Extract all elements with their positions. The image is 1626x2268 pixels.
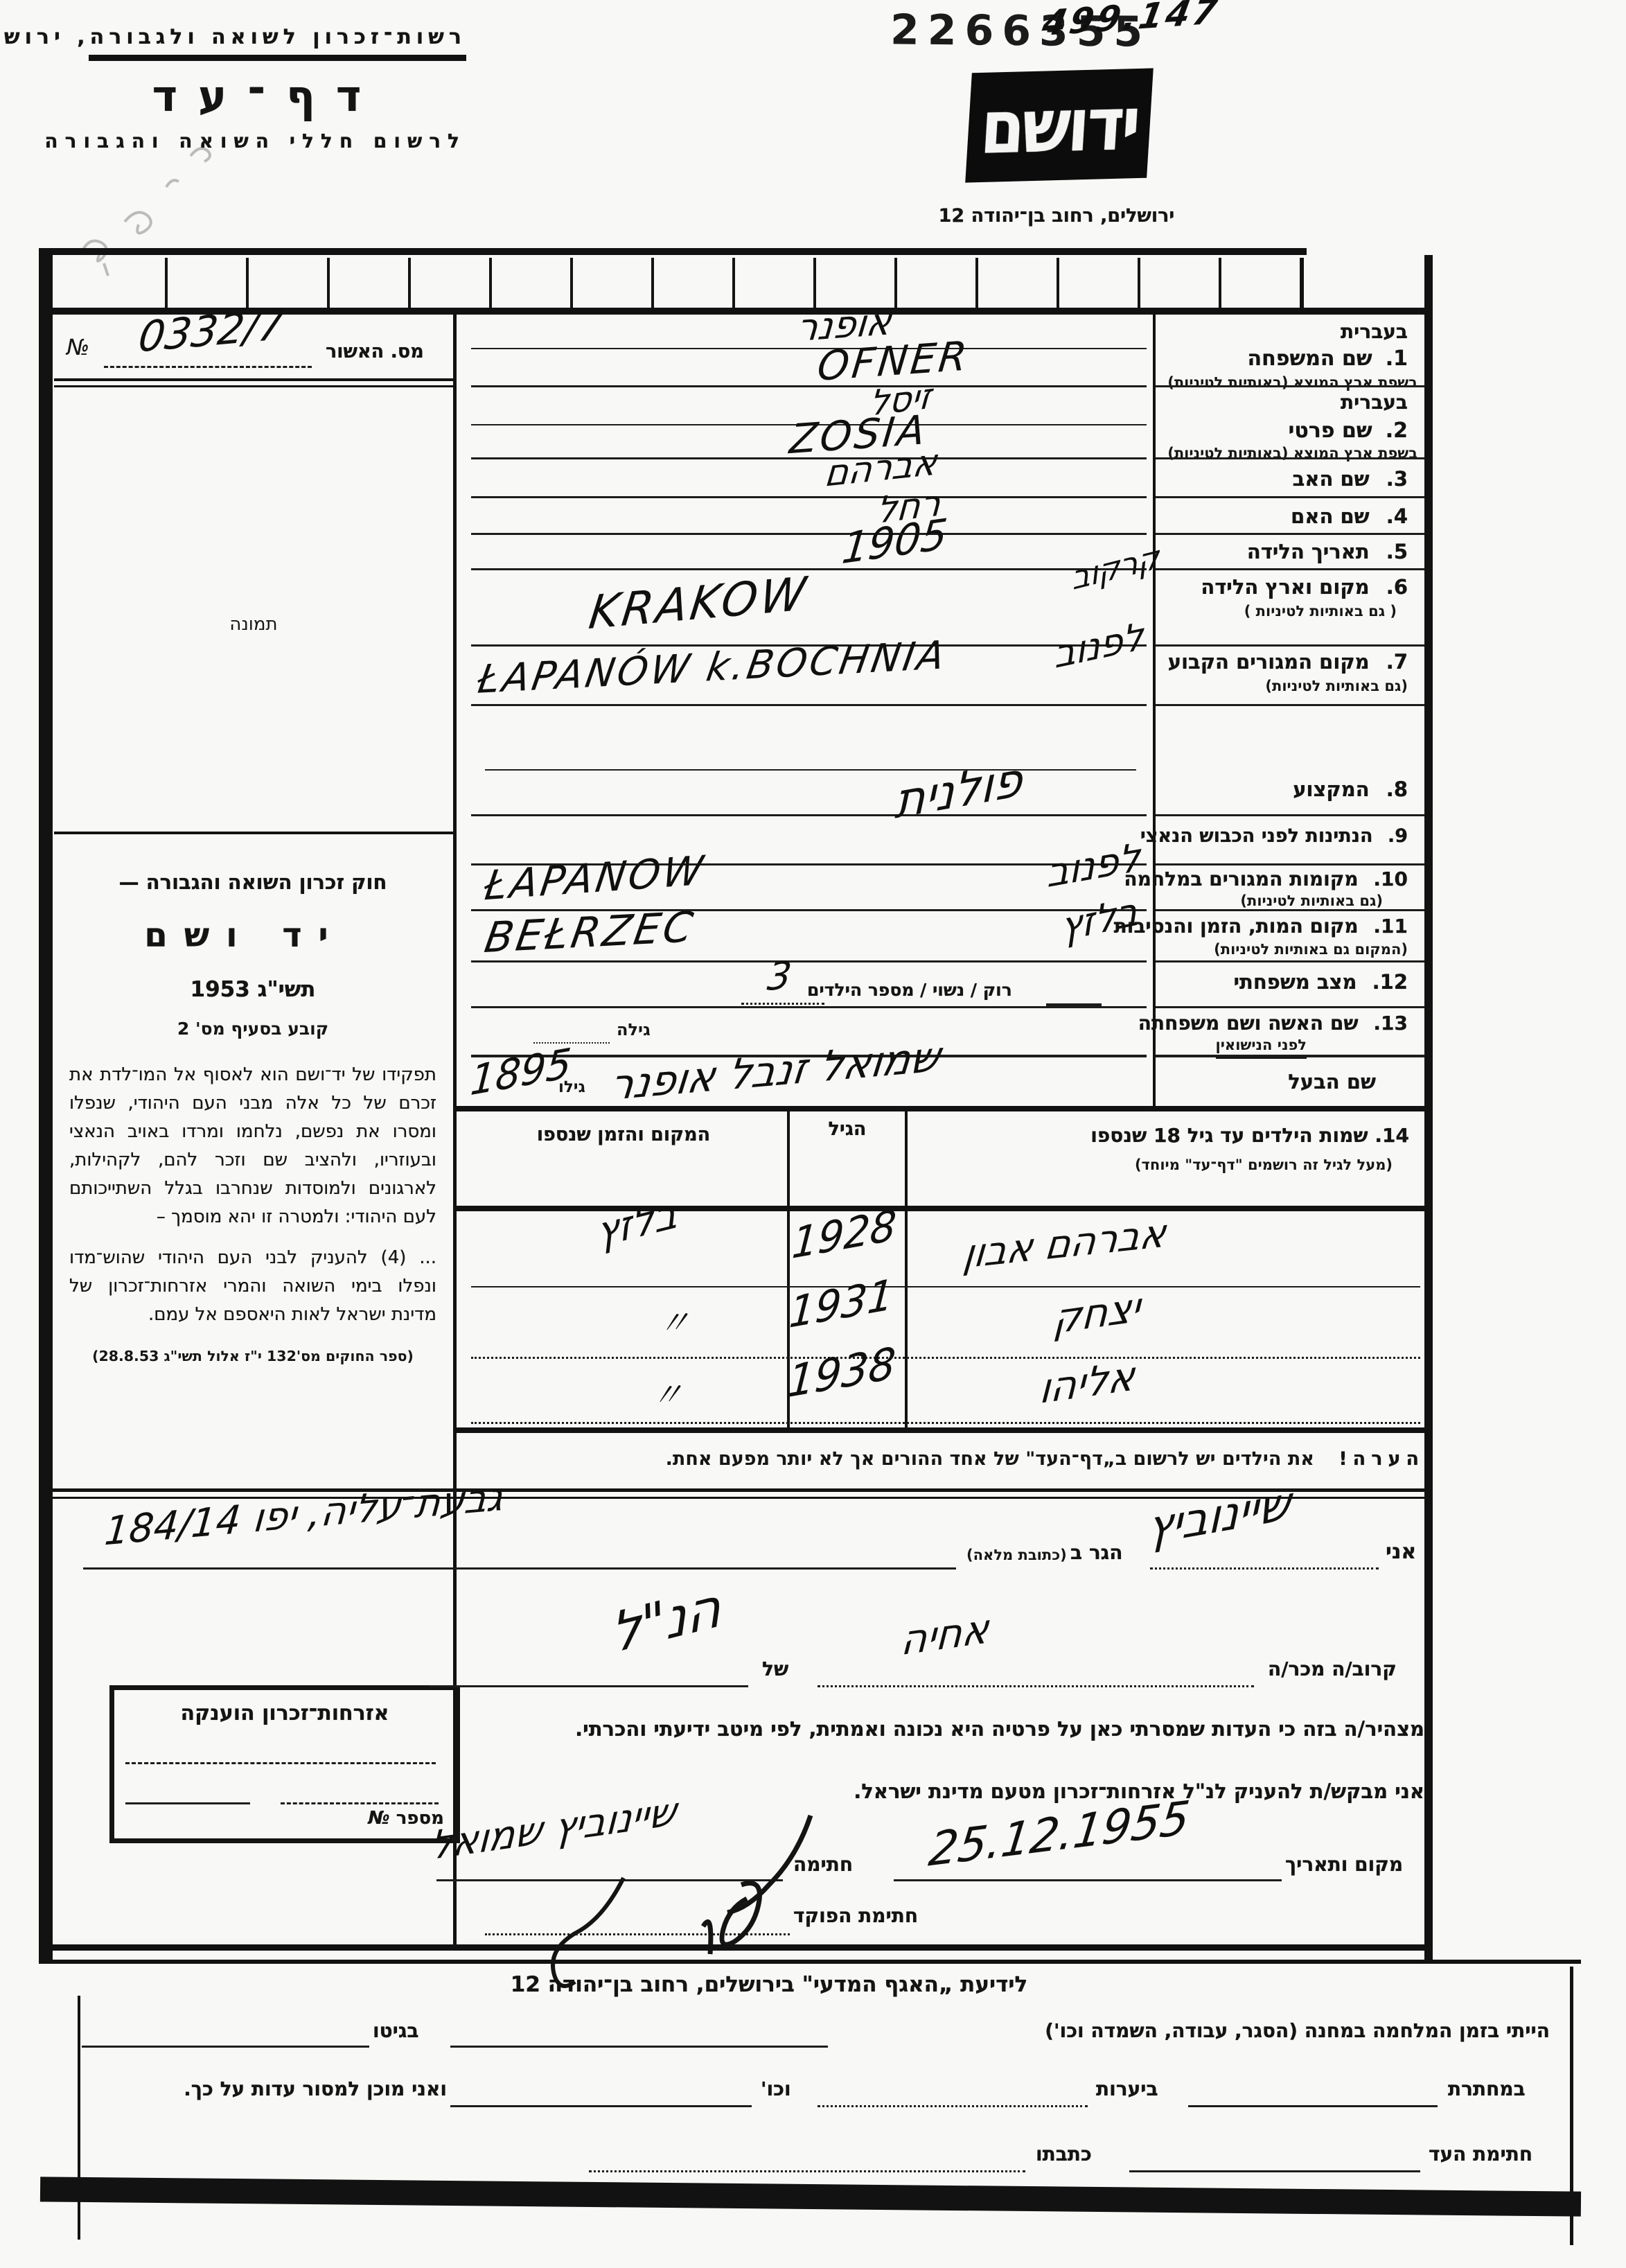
field-4-num: 4.	[1386, 504, 1408, 528]
field-3-label-rule	[1156, 496, 1424, 498]
org-name: רשות־זכרון לשואה ולגבורה, ירושלים	[89, 25, 466, 49]
form-left-border	[39, 248, 53, 1962]
field-12-label-rule	[1156, 1006, 1424, 1008]
field-11-label-rule	[1156, 960, 1424, 962]
footer-line2-blank3	[450, 2105, 752, 2107]
footer-line2-b: ביערות	[1096, 2077, 1158, 2100]
footer-notice: לידיעת „האגף המדעי" בירושלים, רחוב בן־יה…	[277, 1972, 1261, 1997]
field-10-label-rule	[1156, 909, 1424, 911]
field-1-num: 1.	[1386, 346, 1408, 371]
children-col-divider-age-right	[905, 1111, 908, 1429]
form-top-rule	[39, 248, 1307, 255]
field-3-row-rule	[471, 496, 1147, 498]
header-rule	[89, 55, 466, 61]
field-11-value-hebrew: בלזץ	[1060, 893, 1138, 948]
field-11-row-rule	[471, 960, 1147, 962]
citizenship-box-line2	[125, 1802, 250, 1804]
residing-sublabel: (כתובת מלאה)	[966, 1547, 1067, 1563]
law-name: יד ושם	[69, 912, 436, 960]
field-7-num: 7.	[1386, 650, 1408, 674]
field-9-label-rule	[1156, 863, 1424, 865]
index-tick-boxes	[89, 258, 1302, 308]
husband-name-value: שמואל זנבל אופנר	[608, 1036, 942, 1107]
husband-label: שם הבעל	[1288, 1070, 1376, 1093]
footer-line3-b: כתבתו	[1036, 2143, 1092, 2165]
child-3-place: 〃	[650, 1378, 685, 1412]
photo-label: תמונה	[54, 614, 453, 635]
of-value: הנ"ל	[610, 1580, 721, 1662]
child-1-place: בלזץ	[596, 1193, 678, 1253]
field-9-label: הנתינות לפני הכבוש הנאצי	[1140, 825, 1373, 847]
footer-line2-a: במחתרת	[1448, 2077, 1526, 2100]
relation-value: אחיה	[900, 1608, 990, 1662]
place-date-label: מקום ותאריך	[1285, 1853, 1403, 1876]
field-3-label: שם האב	[1293, 467, 1370, 491]
citizenship-box-line3	[281, 1802, 439, 1804]
field-8-label-rule	[1156, 814, 1424, 816]
child-2-place: 〃	[657, 1306, 692, 1340]
field-8-row-rule	[471, 814, 1147, 816]
form-subtitle: לרשום חללי השואה והגבורה	[89, 130, 466, 152]
field-6-value-latin: KRAKOW	[586, 571, 811, 637]
date-value: 25.12.1955	[926, 1795, 1192, 1874]
citizenship-granted-box: אזרחות־זכרון הוענקה מספר №	[109, 1685, 460, 1843]
header-org-block: רשות־זכרון לשואה ולגבורה, ירושלים דף־עד …	[89, 25, 466, 152]
husband-row-rule	[457, 1106, 1424, 1111]
law-paragraph-2: ... (4) להעניק לבני העם היהודי שהוש־מדו …	[69, 1244, 436, 1329]
children-age-header: הגיל	[790, 1118, 905, 1140]
yad-vashem-logo: ידושם	[965, 68, 1154, 182]
law-block: חוק זכרון השואה והגבורה — יד ושם תשי"ג 1…	[69, 868, 436, 1366]
field-3-num: 3.	[1386, 467, 1408, 491]
law-paragraph-1: תפקידו של יד־ושם הוא לאסוף אל המו־לדת את…	[69, 1061, 436, 1231]
hebrew-label-1: בעברית	[1341, 320, 1408, 343]
children-note: הערה! את הילדים יש לרשום ב„דף־העד" של אח…	[485, 1448, 1424, 1470]
law-clause: קובע בסעיף מס' 2	[69, 1017, 436, 1041]
no-symbol: №	[67, 334, 89, 360]
footer-line2-end: ואני מוכן למסור עדות על כך.	[104, 2077, 447, 2100]
field-9-num: 9.	[1388, 825, 1408, 847]
address-line	[83, 1567, 956, 1570]
field-10-sublabel: (גם באותיות לטיניות)	[1240, 893, 1383, 909]
child-1-name: אברהם אבון	[962, 1214, 1168, 1275]
field-5-num: 5.	[1386, 540, 1408, 563]
footer-line2-blank1	[1188, 2105, 1438, 2107]
yad-vashem-logo-text: ידושם	[978, 80, 1140, 170]
certificate-no-label: מס. האשור	[326, 341, 424, 362]
footer-left-border	[78, 1996, 80, 2240]
relation-label: קרוב/ה מכר/ה	[1268, 1658, 1397, 1680]
footer-line1-blank1	[450, 2046, 828, 2048]
place-date-line	[894, 1879, 1282, 1881]
law-year: תשי"ג 1953	[69, 974, 436, 1005]
field-4-label: שם האם	[1291, 504, 1370, 528]
child-2-age: 1931	[788, 1274, 895, 1335]
field-11-num: 11.	[1373, 915, 1408, 938]
children-title: 14. שמות הילדים עד גיל 18 שנספו	[914, 1124, 1420, 1147]
footer-line1-mid: בגיטו	[373, 2019, 418, 2042]
field-12-row-rule	[471, 1006, 1147, 1008]
child-3-age: 1938	[786, 1341, 897, 1404]
file-number-handwritten: 499.147	[1040, 0, 1223, 41]
field-8-writing-line	[485, 769, 1136, 771]
law-reference: (ספר החוקים מס'132 י"ז אלול תשי"ג 28.8.5…	[69, 1346, 436, 1367]
field-10-label: מקומות המגורים במלחמה	[1124, 868, 1358, 890]
field-13-label: שם האשה ושם משפחתה	[1138, 1012, 1359, 1035]
witness-name-line	[1150, 1567, 1379, 1570]
scan-bottom-bar	[40, 2177, 1581, 2216]
of-label: של	[762, 1658, 788, 1680]
field-1-label-rule	[1156, 385, 1424, 387]
relation-line	[818, 1685, 1254, 1687]
field-11-value-latin: BEŁRZEC	[481, 906, 698, 959]
certificate-no-line	[104, 366, 312, 368]
footer-line2-c: וכו'	[761, 2077, 791, 2100]
children-subtitle: (מעל לגיל זה רושמים "דף־עד" מיוחד)	[914, 1157, 1420, 1173]
approval-row-rule	[54, 378, 453, 381]
photo-placeholder: תמונה	[54, 385, 453, 833]
field-7-label: מקום המגורים הקבוע	[1168, 650, 1370, 674]
field-1-row-rule	[471, 385, 1147, 387]
form-title: דף־עד	[89, 71, 466, 121]
footer-line3-blank1	[1129, 2170, 1420, 2172]
field-1-label: שם המשפחה	[1248, 346, 1372, 371]
declaration-i-label: אני	[1386, 1540, 1416, 1564]
footer-line3-a: חתימת העד	[1429, 2143, 1532, 2165]
form-bottom-rule-2	[39, 1960, 1581, 1964]
declaration-statement-1: מצהיר/ה בזה כי העדות שמסרתי כאן על פרטיה…	[346, 1717, 1424, 1741]
field-5-value: 1905	[840, 513, 950, 571]
citizenship-no-symbol: №	[368, 1808, 389, 1829]
children-place-header: המקום והזמן שנספו	[471, 1124, 776, 1145]
testimony-page-scan: רשות־זכרון לשואה ולגבורה, ירושלים דף־עד …	[0, 0, 1626, 2268]
field-8-num: 8.	[1386, 777, 1408, 801]
form-right-border	[1424, 255, 1433, 1961]
field-11-sublabel: (המקום גם באותיות לטיניות)	[1214, 941, 1408, 958]
photo-bottom-rule	[54, 832, 453, 834]
husband-age-value: 1895	[469, 1042, 573, 1101]
field-12-value: 3	[766, 956, 793, 996]
field-4-row-rule	[471, 533, 1147, 535]
children-table-bottom-rule	[457, 1427, 1424, 1433]
of-line	[430, 1685, 748, 1687]
field-6-value-hebrew: קרקוב	[1070, 540, 1160, 595]
field-7-row-rule	[471, 704, 1147, 706]
footer-line1-blank2	[82, 2046, 369, 2048]
field-5-label: תאריך הלידה	[1247, 540, 1370, 563]
children-names-header: 14. שמות הילדים עד גיל 18 שנספו (מעל לגי…	[914, 1124, 1420, 1173]
field-5-label-rule	[1156, 568, 1424, 570]
field-4-label-rule	[1156, 533, 1424, 535]
field-2-num: 2.	[1386, 419, 1408, 443]
field-6-sublabel: ( גם באותיות לטיניות )	[1244, 603, 1397, 619]
hebrew-label-2: בעברית	[1341, 391, 1408, 414]
children-note-label: הערה!	[1338, 1448, 1424, 1470]
field-10-num: 10.	[1373, 868, 1408, 890]
field-12-num: 12.	[1372, 970, 1408, 994]
field-11-label: מקום המות, הזמן והנסיבות	[1114, 915, 1359, 938]
footer-line2-blank2	[818, 2105, 1088, 2107]
field-12-label: מצב משפחתי	[1233, 970, 1357, 994]
registrar-signature-scribble	[637, 1802, 859, 1961]
field-13-age-label: גילה	[617, 1020, 651, 1039]
field-13-label-rule	[1156, 1055, 1424, 1057]
child-3-name: אליהו	[1039, 1355, 1136, 1409]
field-13-num: 13.	[1373, 1012, 1408, 1035]
field-12-value-line	[741, 1003, 824, 1005]
citizenship-box-line1	[125, 1762, 436, 1764]
child-2-name: יצחק	[1052, 1287, 1142, 1340]
child-1-age: 1928	[790, 1204, 898, 1265]
field-7-value-hebrew: לפנוב	[1053, 617, 1144, 674]
law-heading: חוק זכרון השואה והגבורה —	[69, 868, 436, 897]
tick-row-end	[1301, 258, 1304, 308]
field-10-value-latin: ŁAPANOW	[482, 850, 708, 906]
declaration-statement-2: אני מבקש/ת להעניק לנ"ל אזרחות־זכרון מטעם…	[721, 1779, 1424, 1803]
field-2-label-rule	[1156, 457, 1424, 459]
footer-line3-blank2	[589, 2170, 1025, 2172]
children-note-text: את הילדים יש לרשום ב„דף־העד" של אחד ההור…	[666, 1448, 1314, 1470]
field-7-sublabel: (גם באותיות לטיניות)	[1265, 678, 1408, 694]
field-6-num: 6.	[1386, 575, 1408, 599]
field-8-label: המקצוע	[1293, 777, 1369, 801]
certificate-no-value: 0332/7	[136, 304, 288, 358]
child-row-1-rule	[471, 1286, 1420, 1287]
field-12-options: רוק / נשוי / מספר הילדים	[807, 980, 1012, 1000]
field-6-label: מקום וארץ הלידה	[1201, 575, 1369, 599]
field-1-sublabel: בשפת ארץ המוצא (באותיות לטיניות)	[1167, 374, 1417, 391]
field-1-value-latin: OFNER	[815, 335, 971, 387]
field-8-label-cell: 8. המקצוע	[1156, 704, 1424, 814]
logo-address: ירושלים, רחוב בן־יהודה 12	[908, 205, 1205, 227]
form-bottom-rule-1	[39, 1944, 1433, 1951]
field-2-label: שם פרטי	[1289, 419, 1372, 443]
residing-label: הגר ב	[1070, 1541, 1122, 1564]
field-6-label-rule	[1156, 644, 1424, 647]
child-row-3-rule	[471, 1422, 1420, 1424]
footer-line1-label: הייתי בזמן המלחמה במחנה (הסגר, עבודה, הש…	[836, 2019, 1550, 2042]
child-row-2-rule	[471, 1357, 1420, 1359]
